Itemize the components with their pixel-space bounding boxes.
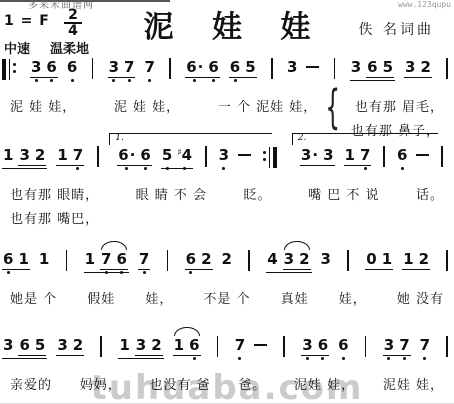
lyric-segment: 爸。 [238,374,266,393]
note-digit: 5 [35,337,45,353]
note-digit: 3 [109,59,119,75]
beam-group: 32 [135,337,163,356]
barline [383,146,385,167]
note-digit: 6 [3,251,13,267]
lyric-segment: 也有那 眼睛， [10,184,99,203]
note-digit: 6 [208,59,218,75]
lyrics-row: 泥 娃 娃，泥 娃 娃，一 个 泥娃 娃，也有那 眉毛， [0,96,454,115]
note-digit: 1 [382,251,392,267]
measure: 377 [108,59,155,78]
measure: 7 [235,337,267,353]
note-digit: 3 [384,337,394,353]
note-digit: 6· [118,147,135,163]
barline [446,58,448,79]
barline [167,250,169,271]
lyric-segment: 她 没有 [397,288,444,307]
beam-group: 17 [56,147,84,166]
lyric-segment: 泥 娃 娃， [114,96,180,115]
note-digit: 7 [360,147,370,163]
duration-dash [306,66,319,68]
repeat-end-sign [263,147,277,168]
note-digit: 6 [67,59,77,75]
note-digit: 7 [144,59,154,75]
note-digit: 2 [299,251,309,267]
lyric-segment: 眼 睛 不 会 [136,184,207,203]
measure: 622 [185,251,232,270]
note-digit: 7 [101,251,111,267]
note-digit: 7 [235,337,245,353]
augmentation-dot: · [198,58,204,76]
repeat-dots [263,151,266,161]
note-digit: 2 [420,59,430,75]
barline [169,58,171,79]
barline [365,336,367,357]
tempo-row: 中速 温柔地 [4,38,89,57]
note-digit: 6 [46,59,56,75]
lyric-segment: 也没有 爸 [149,374,210,393]
lyrics-row: 她是 个假娃娃，不是 个真娃娃，她 没有 [0,288,454,307]
barline [100,336,102,357]
repeat-begin-sign [2,59,16,80]
music-system: 3663776·665336532泥 娃 娃，泥 娃 娃，一 个 泥娃 娃，也有… [0,44,454,139]
lyric-segment: 眨。 [244,184,272,203]
measure: 6·665 [185,59,256,78]
volta-bracket-2: 2.3·3176 [295,147,448,167]
note-digit: 6 [186,251,196,267]
beam-group: 37 [108,59,136,78]
sharp-icon: ♯ [177,148,181,158]
measure: 3·317 [300,147,371,166]
lyric-segment: 也有那 嘴巴， [10,208,99,227]
barline [92,58,94,79]
lyric-segment: 泥娃 娃， [383,374,444,393]
lyric-segment: 假娃 [87,288,115,307]
barline [441,146,443,167]
verse-brace: { [325,84,340,130]
beam-group: 3·3 [300,147,335,166]
note-digit: 3· [301,147,318,163]
note-digit: 2 [419,251,429,267]
barline [283,336,285,357]
lyrics-row: 亲爱的妈妈，也没有 爸爸。泥娃 娃，泥娃 娃， [0,374,454,393]
measure: 3 [287,59,319,75]
note-digit: 3 [219,147,229,163]
note-digit: 1 [85,251,95,267]
note-digit: 4 [267,251,277,267]
beam-group: 176 [84,251,129,273]
augmentation-dot: · [130,146,136,164]
note-digit: 6 [140,147,150,163]
note-digit: 6· [186,59,203,75]
measure: 1767 [84,251,151,273]
composer-credit: 佚 名词曲 [359,19,434,39]
beam-group: 37 [383,337,411,356]
expression-marking: 温柔地 [50,38,89,57]
tempo-marking: 中速 [4,38,30,57]
volta-label: 2. [298,133,307,143]
note-digit: 7 [124,59,134,75]
beam-group: 5♯4 [161,147,193,169]
beam-group: 132 [2,147,47,169]
note-digit: 5 [162,147,172,163]
barline [446,250,448,271]
lyric-segment: 话。 [416,184,444,203]
barline [271,58,273,79]
measure: 4323 [266,251,331,273]
note-digit: 3 [284,251,294,267]
score-header: 多来米曲谱网 www.123qupu 1 = F 2 4 泥 娃 娃 佚 名词曲… [0,0,454,58]
beam-group: 32 [18,147,46,166]
barline [97,146,99,167]
measure: 3 [219,147,251,163]
note-digit: 2 [201,251,211,267]
lyric-segment: 不是 个 [203,288,250,307]
beam-group: 36 [301,337,329,356]
beam-group: 432 [266,251,311,273]
slur-group: 76 [100,251,128,270]
beam-group: 36 [30,59,58,78]
beam-group: 17 [344,147,372,166]
beam-group: 7 [138,251,150,270]
beam-group: 62 [185,251,213,270]
note-digit: 6 [116,251,126,267]
beam-group: 6·6 [117,147,152,166]
lyric-segment: 娃， [145,288,173,307]
barline [66,250,68,271]
beam-group: 132 [118,337,163,359]
duration-dash [238,154,251,156]
lyric-segment: 嘴 巴 不 说 [308,184,379,203]
note-digit: 2 [35,147,45,163]
lyric-segment: 娃， [339,288,367,307]
lyric-segment: 泥娃 娃， [294,374,355,393]
sheet-music-page: 多来米曲谱网 www.123qupu 1 = F 2 4 泥 娃 娃 佚 名词曲… [0,0,454,404]
duration-dash [254,344,267,346]
note-digit: 5 [245,59,255,75]
slur-group: 32 [283,251,311,270]
notes-row: 611176762243230112 [0,236,454,277]
note-digit: 6 [189,337,199,353]
barline [217,336,219,357]
music-system: 36532132167366377亲爱的妈妈，也没有 爸爸。泥娃 娃，泥娃 娃， [0,322,454,393]
note-digit: 6 [367,59,377,75]
lyric-segment: 妈妈， [80,374,122,393]
note-digit: 2 [222,251,232,267]
measure: 13216 [118,337,200,359]
note-digit: 1 [39,251,49,267]
barline [334,58,336,79]
note-digit: 7 [139,251,149,267]
measure: 6·65♯4 [117,147,193,169]
barline [205,146,207,167]
note-digit: 3 [287,59,297,75]
lyrics-row: 也有那 嘴巴， [0,208,454,227]
lyric-segment: 泥 娃 娃， [10,96,76,115]
note-digit: 3 [302,337,312,353]
notes-row: 132171.6·65♯432.3·3176 [0,132,454,173]
note-digit: 3 [405,59,415,75]
beam-group: 65 [18,337,46,356]
note-digit: 3 [136,337,146,353]
measure: 366 [30,59,77,78]
note-digit: 6 [318,337,328,353]
notes-row: 36532132167366377 [0,322,454,363]
note-digit: 1 [57,147,67,163]
note-digit: ♯4 [177,147,192,166]
measure: 36532 [350,59,432,81]
note-digit: 7 [399,337,409,353]
note-digit: 0 [366,251,376,267]
barline [446,336,448,357]
note-digit: 3 [57,337,67,353]
note-digit: 5 [383,59,393,75]
repeat-dots [13,63,16,73]
note-digit: 1 [174,337,184,353]
beam-group: 32 [404,59,432,78]
beam-group: 61 [2,251,30,270]
barline [347,250,349,271]
lyric-segment: 一 个 泥娃 娃， [218,96,317,115]
lyric-segment: 真娃 [281,288,309,307]
music-system: 132171.6·65♯432.3·3176也有那 眼睛，眼 睛 不 会眨。嘴 … [0,132,454,227]
beam-group: 65 [229,59,257,78]
note-digit: 6 [397,147,407,163]
note-digit: 6 [19,337,29,353]
volta-bracket-1: 1.6·65♯43 [112,147,281,169]
barline [248,250,250,271]
measure: 13217 [2,147,84,169]
note-digit: 3 [323,147,333,163]
note-digit: 3 [351,59,361,75]
beam-group: 32 [56,337,84,356]
note-digit: 2 [73,337,83,353]
beam-group: 12 [402,251,430,270]
beam-group: 01 [365,251,393,270]
note-digit: 1 [3,147,13,163]
note-digit: 1 [18,251,28,267]
volta-label: 1. [115,133,124,143]
note-digit: 2 [151,337,161,353]
music-system: 611176762243230112她是 个假娃娃，不是 个真娃娃，她 没有 [0,236,454,307]
beam-group: 65 [366,59,394,78]
lyrics-row: 也有那 眼睛，眼 睛 不 会眨。嘴 巴 不 说话。 [0,184,454,203]
note-digit: 1 [345,147,355,163]
beam-group: 365 [350,59,395,81]
measure: 611 [2,251,49,270]
note-digit: 6 [338,337,348,353]
duration-dash [416,154,429,156]
measure: 36532 [2,337,84,359]
note-digit: 1 [403,251,413,267]
beam-group: 365 [2,337,47,359]
measure: 6 [397,147,429,163]
measure: 366 [301,337,348,356]
note-digit: 6 [230,59,240,75]
lyric-segment: 也有那 眉毛， [355,96,444,115]
note-digit: 3 [321,251,331,267]
note-digit: 3 [19,147,29,163]
note-digit: 3 [31,59,41,75]
slur-group: 16 [173,337,201,356]
note-digit: 7 [420,337,430,353]
lyric-segment: 她是 个 [10,288,57,307]
note-digit: 3 [3,337,13,353]
note-digit: 1 [119,337,129,353]
lyric-segment: 亲爱的 [10,374,52,393]
beam-group: 6·6 [185,59,220,78]
measure: 377 [383,337,430,356]
augmentation-dot: · [312,146,318,164]
measure: 0112 [365,251,430,270]
note-digit: 7 [73,147,83,163]
